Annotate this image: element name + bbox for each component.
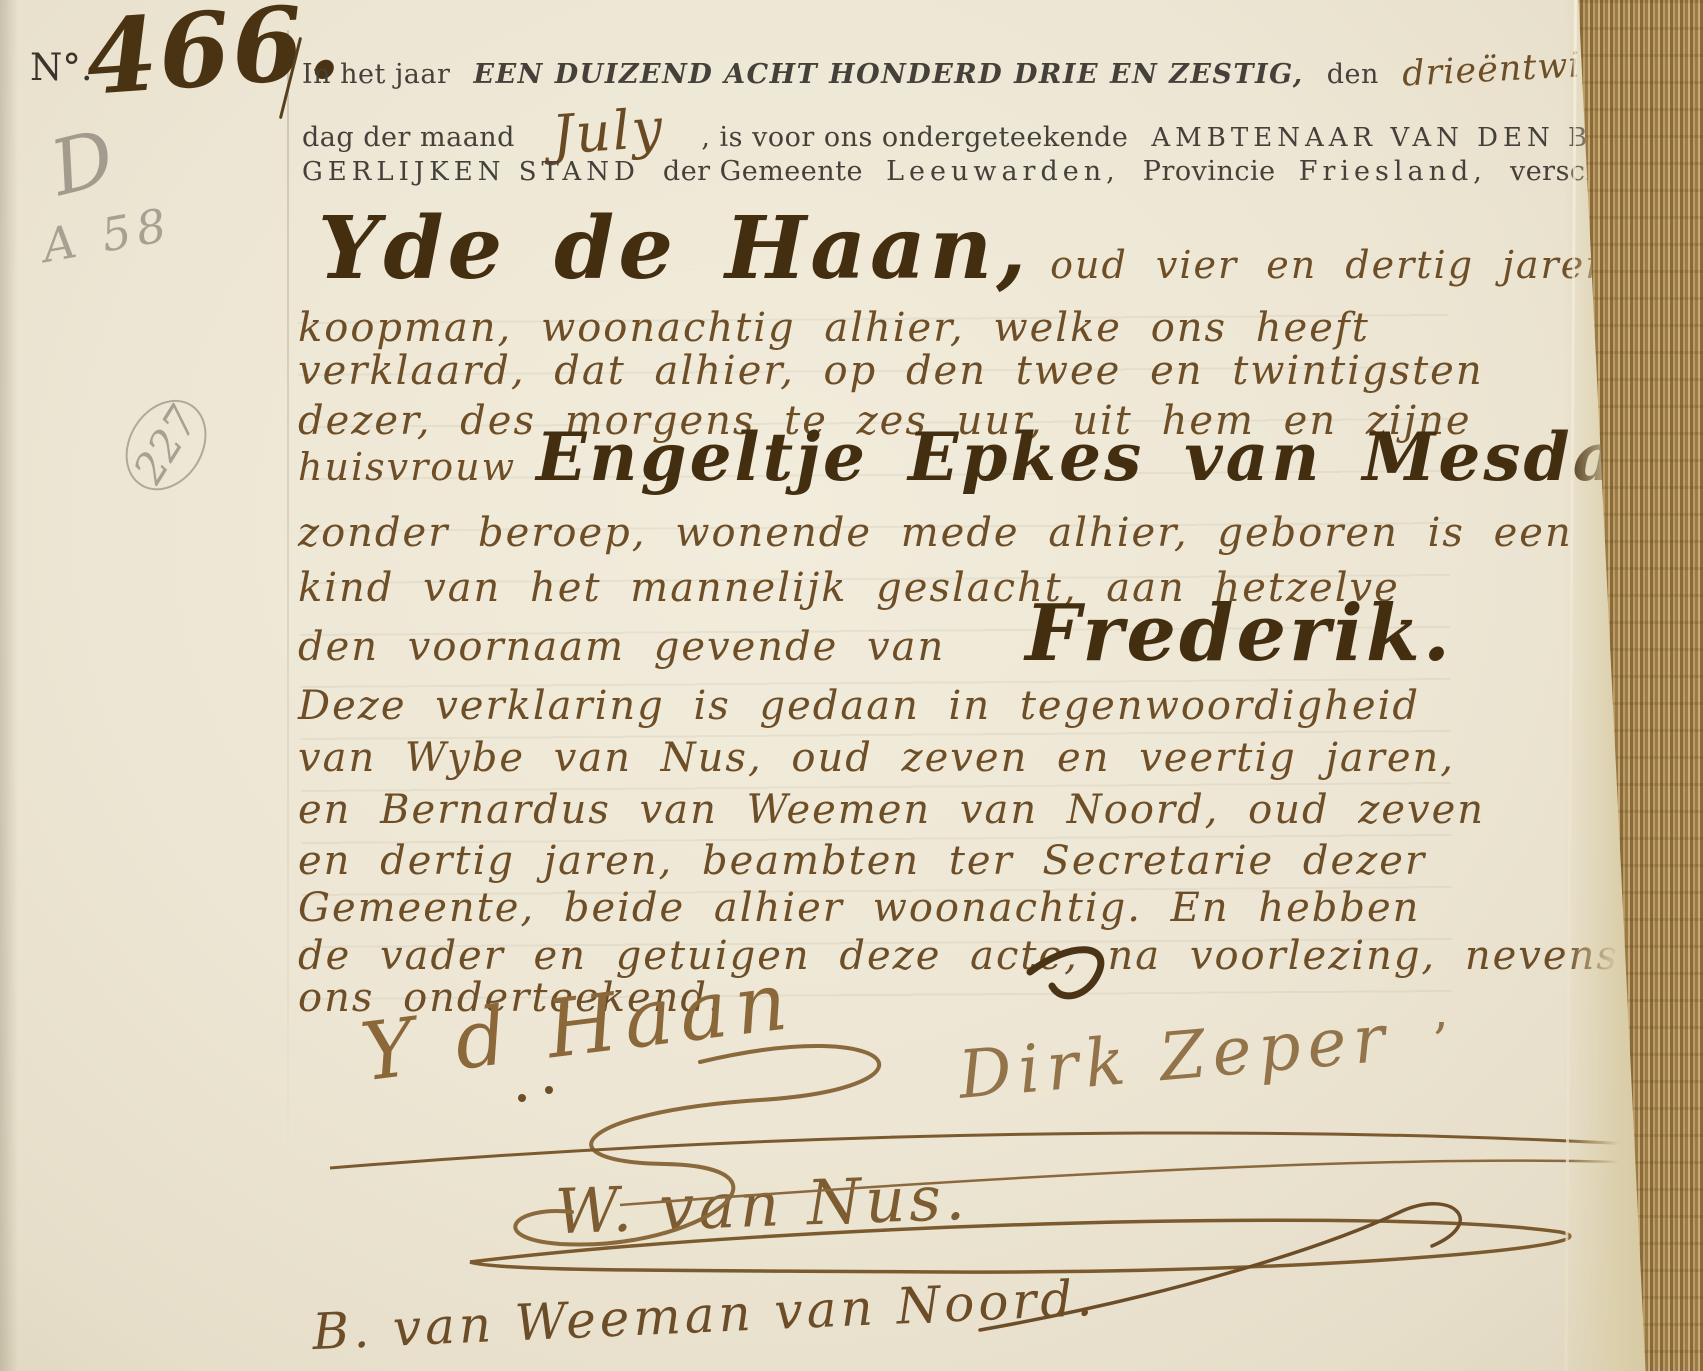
margin-crease bbox=[287, 30, 289, 1190]
body-line: en dertig jaren, beambten ter Secretarie… bbox=[298, 838, 1426, 884]
preamble-text: den bbox=[1327, 59, 1379, 90]
preamble-text: , is voor ons ondergeteekende bbox=[701, 122, 1128, 153]
ink-dot bbox=[545, 1086, 553, 1094]
body-line: koopman, woonachtig alhier, welke ons he… bbox=[298, 305, 1370, 351]
preamble-year-caps: EEN DUIZEND ACHT HONDERD DRIE EN ZESTIG, bbox=[474, 59, 1304, 90]
signature-registrar: Dirk Zeper bbox=[955, 999, 1394, 1114]
margin-mark-letter: D bbox=[42, 112, 123, 213]
preamble-text: In het jaar bbox=[302, 59, 450, 90]
body-line: huisvrouw Engeltje Epkes van Mesdag, bbox=[298, 418, 1694, 496]
preamble-official-caps-2: GERLIJKEN STAND bbox=[302, 157, 640, 187]
preamble-text: Provincie bbox=[1143, 156, 1276, 187]
body-line: van Wybe van Nus, oud zeven en veertig j… bbox=[298, 735, 1455, 781]
body-line: verklaard, dat alhier, op den twee en tw… bbox=[298, 348, 1484, 394]
body-line: den voornaam gevende van Frederik. bbox=[298, 588, 1453, 679]
left-edge-shading bbox=[0, 0, 18, 1371]
preamble-line-2: dag der maand July , is voor ons onderge… bbox=[302, 96, 1657, 159]
signature-witness-2: B. van Weeman van Noord. bbox=[311, 1269, 1097, 1361]
father-name: Yde de Haan, bbox=[318, 198, 1030, 299]
body-line: Deze verklaring is gedaan in tegenwoordi… bbox=[298, 683, 1420, 729]
preamble-line-3: GERLIJKEN STAND der Gemeente Leeuwarden,… bbox=[302, 156, 1682, 187]
body-line: zonder beroep, wonende mede alhier, gebo… bbox=[298, 510, 1573, 556]
margin-mark-count: 227 bbox=[109, 385, 223, 506]
margin-mark-code: A 58 bbox=[38, 197, 176, 273]
birth-record-page: N°. 466. D A 58 227 In het jaar EEN DUIZ… bbox=[0, 0, 1703, 1371]
body-line: en Bernardus van Weemen van Noord, oud z… bbox=[298, 787, 1485, 833]
preamble-line-1: In het jaar EEN DUIZEND ACHT HONDERD DRI… bbox=[302, 52, 1703, 92]
body-line: de vader en getuigen deze acte, na voorl… bbox=[298, 933, 1619, 979]
preamble-text: dag der maand bbox=[302, 122, 515, 153]
preamble-text: der Gemeente bbox=[663, 156, 863, 187]
signature-witness-1: W. van Nus. bbox=[554, 1161, 970, 1248]
mother-name: Engeltje Epkes van Mesdag, bbox=[536, 418, 1693, 496]
body-line: Gemeente, beide alhier woonachtig. En he… bbox=[298, 885, 1420, 931]
preamble-municipality: Leeuwarden, bbox=[886, 156, 1120, 187]
preamble-province: Friesland, bbox=[1299, 156, 1487, 187]
ink-dot bbox=[518, 1094, 526, 1102]
signature-apostrophe: ’ bbox=[1432, 1012, 1448, 1070]
long-sweep-stroke bbox=[330, 1133, 1700, 1168]
record-number-label: N°. bbox=[30, 46, 93, 89]
body-line: Yde de Haan, oud vier en dertig jaren, bbox=[298, 198, 1626, 299]
child-name: Frederik. bbox=[1025, 588, 1453, 679]
